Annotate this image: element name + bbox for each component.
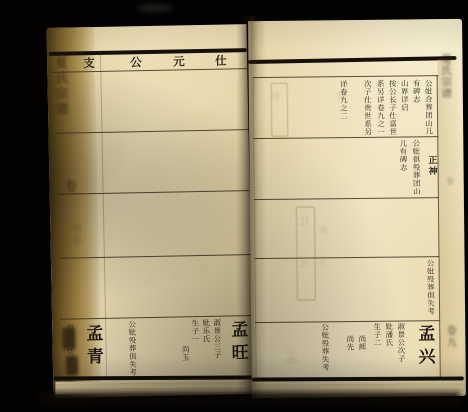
right-row-divider-3 bbox=[255, 256, 440, 259]
row1-note-3: 山界详启 bbox=[401, 79, 409, 111]
entry-mengqing-relation: 淑景公幼子 bbox=[66, 323, 74, 363]
entry-mengwang-relation: 淑景公三子 bbox=[213, 319, 221, 359]
right-row-divider-4 bbox=[255, 320, 440, 323]
entry-mengwang-burial-note: 公妣殁葬俱失考 bbox=[128, 320, 137, 376]
entry-mengxing-son2: 尚先 bbox=[346, 335, 354, 351]
bleedthrough-char: 仕 bbox=[299, 214, 310, 225]
right-table-bottom-border bbox=[252, 376, 464, 381]
spine-volume-label: 卷 bbox=[64, 179, 76, 191]
entry-mengwang-wife: 妣乐氏 bbox=[202, 319, 210, 343]
fold-margin-volume-label: 卷九 bbox=[444, 325, 454, 349]
bleedthrough-char: 尚 bbox=[146, 278, 155, 287]
bleedthrough-char: 贠 bbox=[337, 90, 348, 101]
entry-mengxing-wife: 妣潘氏 bbox=[385, 323, 393, 347]
entry-name-zhengshen: 正神 bbox=[426, 155, 435, 177]
entry-mengxing-burial-note: 公妣殁葬失考 bbox=[321, 323, 329, 371]
entry-mengwang-son: 尚玉 bbox=[182, 345, 190, 361]
entry-mengxing-son1: 尚辉 bbox=[358, 335, 366, 351]
entry-name-mengxing: 孟兴 bbox=[415, 324, 432, 370]
bleedthrough-char: 元 bbox=[300, 256, 311, 267]
bleedthrough-char: 妣 bbox=[201, 263, 210, 272]
spine-lower-label: 世系 bbox=[69, 223, 79, 247]
entry-mengxing-relation: 淑景公次子 bbox=[397, 323, 405, 363]
spine-title: 夏氏宗谱 bbox=[54, 56, 68, 118]
row1-note-5: 系另详卷九之一 bbox=[377, 80, 385, 136]
right-table-left-border bbox=[253, 77, 257, 379]
row1-note-1: 公妣合葬团山儿 bbox=[425, 79, 433, 135]
right-page: 夏氏宗谱 卷 卷九 公妣合葬团山儿 有碑志 山界详启 按公长子仕富世 系另详卷九… bbox=[248, 19, 466, 398]
bleedthrough-char: 玉 bbox=[320, 255, 330, 265]
left-page: 夏氏宗谱 卷 世系 支 公 元 仕 孟旺 淑景公三子 妣乐氏 生子一 尚玉 公妣… bbox=[46, 24, 253, 398]
row4-burial-note: 公妣殁葬俱失考 bbox=[427, 259, 435, 315]
row1-note-4: 按公长子仕富世 bbox=[389, 80, 397, 136]
bleedthrough-char: 生 bbox=[171, 271, 180, 280]
bleedthrough-char: 尚 bbox=[320, 225, 330, 235]
left-header-col-2: 公 bbox=[130, 54, 142, 70]
right-page-top-border bbox=[248, 56, 456, 64]
left-header-col-1: 支 bbox=[83, 55, 95, 71]
bleedthrough-char: 相 bbox=[273, 91, 283, 101]
fold-margin-mid-label: 卷 bbox=[446, 177, 454, 185]
row1-note-6: 次子仕贵世系另 bbox=[364, 80, 372, 136]
entry-zhengshen-burial-note: 公妣俱殁葬团山 bbox=[412, 139, 420, 195]
book-bottom-shadow bbox=[40, 392, 460, 406]
fold-margin-title: 夏氏宗谱 bbox=[440, 53, 451, 99]
entry-name-mengqing: 孟青 bbox=[83, 324, 101, 370]
entry-mengwang-children: 生子一 bbox=[191, 319, 199, 343]
photo-stage: 夏氏宗谱 卷 世系 支 公 元 仕 孟旺 淑景公三子 妣乐氏 生子一 尚玉 公妣… bbox=[0, 0, 468, 412]
entry-zhengshen-stele-note: 儿有碑志 bbox=[399, 139, 407, 171]
dust-smudge bbox=[138, 4, 172, 12]
entry-mengxing-children: 生子二 bbox=[373, 323, 381, 347]
right-table-top-border bbox=[253, 75, 439, 78]
row1-note-2: 有碑志 bbox=[413, 79, 421, 103]
entry-name-mengwang: 孟旺 bbox=[228, 320, 246, 366]
right-row-divider-2 bbox=[254, 197, 439, 200]
bleedthrough-char: 孟 bbox=[285, 349, 300, 364]
left-header-col-3: 元 bbox=[173, 53, 185, 69]
left-header-col-4: 仕 bbox=[215, 53, 227, 69]
